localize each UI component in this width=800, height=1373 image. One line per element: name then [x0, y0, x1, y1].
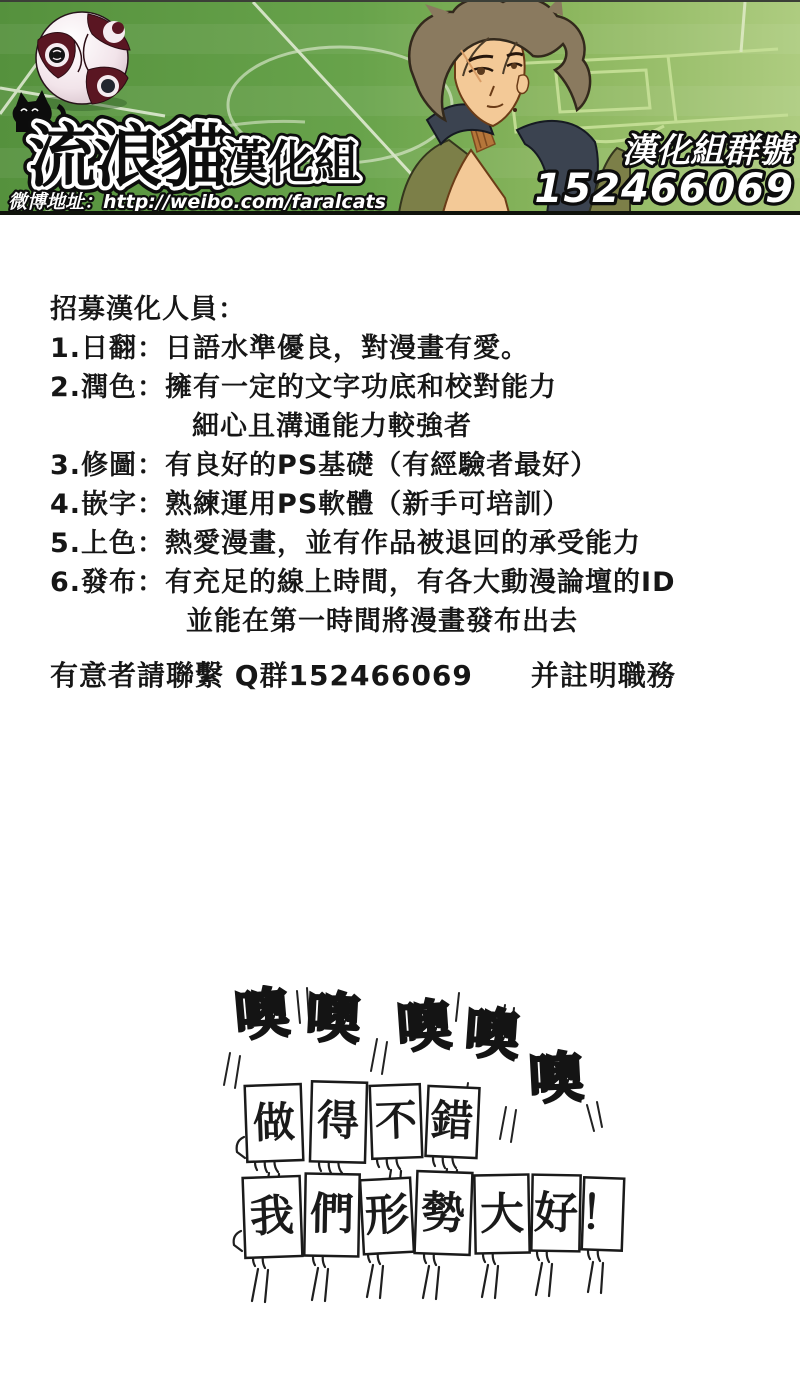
qq-group-number: 152466069	[535, 166, 795, 212]
cheer-3: 噢	[395, 993, 453, 1060]
sign-text-10: 好	[534, 1188, 579, 1240]
comic-art: 噢 噢 噢 噢 噢 做 得 不	[0, 985, 800, 1330]
sign-text-6: 們	[310, 1189, 355, 1241]
recruitment-contact-line: 有意者請聯繫 Q群152466069 并註明職務	[50, 662, 780, 690]
banner-art: 流浪貓 流浪貓 漢化組 漢化組 微博地址：http://weibo.com/fa…	[0, 2, 800, 213]
recruitment-notice: 招募漢化人員： 1.日翻：日語水準優良，對漫畫有愛。 2.潤色：擁有一定的文字功…	[50, 296, 780, 701]
sign-text-9: 大	[480, 1189, 525, 1241]
recruitment-item-translator: 1.日翻：日語水準優良，對漫畫有愛。	[50, 335, 780, 363]
sign-text-3: 不	[374, 1095, 418, 1145]
sign-text-7: 形	[364, 1189, 411, 1242]
sign-text-8: 勢	[420, 1187, 466, 1240]
recruitment-item-typesetter: 4.嵌字：熟練運用PS軟體（新手可培訓）	[50, 491, 780, 519]
sign-cards-row1: 做 得 不 錯	[245, 1081, 480, 1162]
recruitment-item-publisher: 6.發布：有充足的線上時間，有各大動漫論壇的ID	[50, 569, 780, 597]
cheer-5: 噢	[527, 1046, 584, 1112]
cheer-1: 噢	[232, 985, 291, 1048]
recruitment-item-cleaner: 3.修圖：有良好的PS基礎（有經驗者最好）	[50, 452, 780, 480]
cheer-4: 噢	[463, 1001, 521, 1068]
recruitment-item-publisher-cont: 並能在第一時間將漫畫發布出去	[186, 608, 780, 636]
cheer-2: 噢	[304, 986, 361, 1052]
recruitment-heading: 招募漢化人員：	[50, 296, 780, 324]
recruitment-item-proofreader: 2.潤色：擁有一定的文字功底和校對能力	[50, 374, 780, 402]
comic-crowd-panel: 噢 噢 噢 噢 噢 做 得 不	[0, 985, 800, 1330]
group-name-sub: 漢化組	[222, 135, 360, 189]
sign-cards-row2: 我 們 形 勢 大 好 ！	[243, 1171, 628, 1258]
scanlation-banner: 流浪貓 流浪貓 漢化組 漢化組 微博地址：http://weibo.com/fa…	[0, 0, 800, 215]
sign-text-5: 我	[249, 1190, 295, 1243]
recruitment-item-colorist: 5.上色：熱愛漫畫，並有作品被退回的承受能力	[50, 530, 780, 558]
sign-text-11: ！	[579, 1185, 627, 1241]
sign-text-2: 得	[316, 1095, 359, 1145]
qq-group-label: 漢化組群號	[622, 131, 798, 171]
sign-text-4: 錯	[429, 1095, 474, 1146]
sign-text-1: 做	[252, 1097, 296, 1147]
group-name-main: 流浪貓	[28, 118, 228, 197]
weibo-address: 微博地址：http://weibo.com/faralcats	[8, 191, 386, 213]
recruitment-item-proofreader-cont: 細心且溝通能力較強者	[192, 413, 780, 441]
